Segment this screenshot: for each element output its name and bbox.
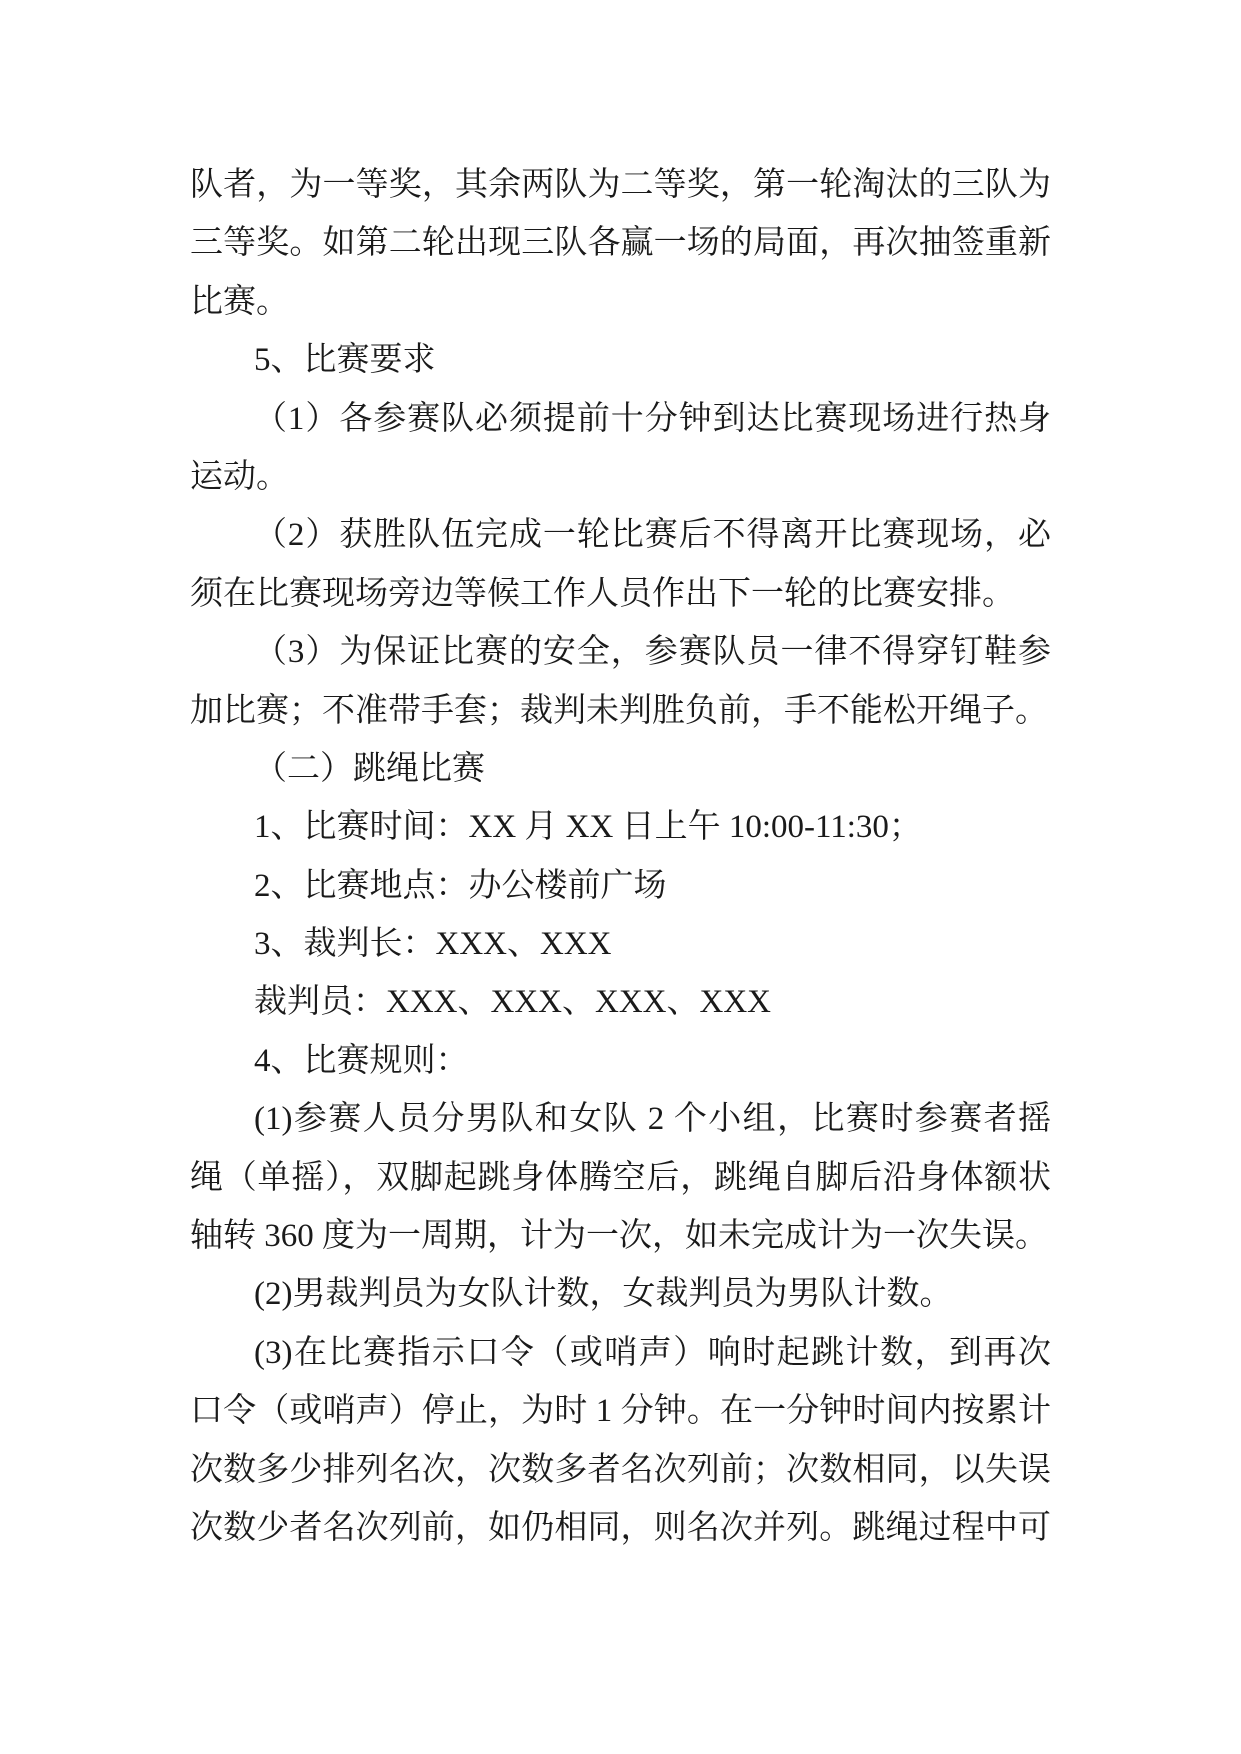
text-line: （1）各参赛队必须提前十分钟到达比赛现场进行热身	[190, 390, 1051, 448]
text-line: 4、比赛规则：	[190, 1032, 1051, 1090]
text-line: （2）获胜队伍完成一轮比赛后不得离开比赛现场，必	[190, 506, 1051, 564]
text-line: 三等奖。如第二轮出现三队各赢一场的局面，再次抽签重新	[190, 214, 1051, 272]
text-line: 口令（或哨声）停止，为时 1 分钟。在一分钟时间内按累计	[190, 1382, 1051, 1440]
text-line: 裁判员：XXX、XXX、XXX、XXX	[190, 973, 1051, 1031]
text-line: 须在比赛现场旁边等候工作人员作出下一轮的比赛安排。	[190, 565, 1051, 623]
text-line: 2、比赛地点：办公楼前广场	[190, 857, 1051, 915]
text-line: 次数多少排列名次，次数多者名次列前；次数相同，以失误	[190, 1441, 1051, 1499]
text-line: （二）跳绳比赛	[190, 740, 1051, 798]
text-line: 运动。	[190, 448, 1051, 506]
text-line: (2)男裁判员为女队计数，女裁判员为男队计数。	[190, 1265, 1051, 1323]
text-line: 次数少者名次列前，如仍相同，则名次并列。跳绳过程中可	[190, 1499, 1051, 1557]
text-line: 加比赛；不准带手套；裁判未判胜负前，手不能松开绳子。	[190, 682, 1051, 740]
text-line: 队者，为一等奖，其余两队为二等奖，第一轮淘汰的三队为	[190, 156, 1051, 214]
text-line: 1、比赛时间：XX 月 XX 日上午 10:00-11:30；	[190, 798, 1051, 856]
text-line: (3)在比赛指示口令（或哨声）响时起跳计数，到再次	[190, 1324, 1051, 1382]
document-body: 队者，为一等奖，其余两队为二等奖，第一轮淘汰的三队为三等奖。如第二轮出现三队各赢…	[190, 156, 1051, 1557]
text-line: （3）为保证比赛的安全，参赛队员一律不得穿钉鞋参	[190, 623, 1051, 681]
text-line: 轴转 360 度为一周期，计为一次，如未完成计为一次失误。	[190, 1207, 1051, 1265]
text-line: 3、裁判长：XXX、XXX	[190, 915, 1051, 973]
text-line: 绳（单摇），双脚起跳身体腾空后，跳绳自脚后沿身体额状	[190, 1149, 1051, 1207]
document-page: 队者，为一等奖，其余两队为二等奖，第一轮淘汰的三队为三等奖。如第二轮出现三队各赢…	[0, 0, 1241, 1754]
text-line: 比赛。	[190, 273, 1051, 331]
text-line: 5、比赛要求	[190, 331, 1051, 389]
text-line: (1)参赛人员分男队和女队 2 个小组，比赛时参赛者摇	[190, 1090, 1051, 1148]
